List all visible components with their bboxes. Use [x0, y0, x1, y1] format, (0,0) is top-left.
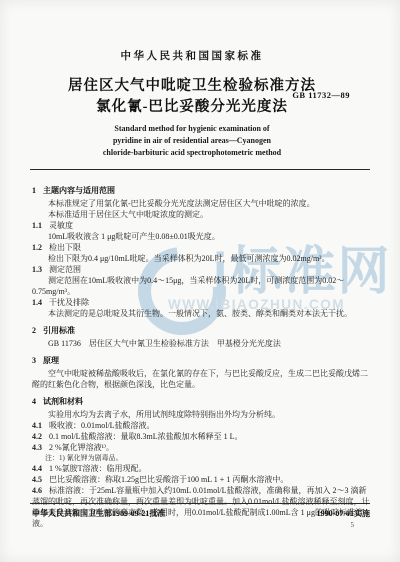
clause-text: 测定范围 [49, 265, 81, 274]
standard-number: GB 11732—89 [292, 90, 350, 100]
implementation-text: 1990-07-01实施 [317, 508, 370, 519]
clause-line: 1.4干扰及排除 [32, 297, 372, 308]
clause-text: 干扰及排除 [49, 298, 89, 307]
clause-text: 测定范围在10mL吸收液中为0.4～15μg，当采样体积为20L时，可测浓度范围… [32, 276, 344, 296]
clause-number: 2 [32, 326, 36, 335]
clause-text: 1 %氯胺T溶液：临用现配。 [49, 464, 147, 473]
clause-text: 10mL吸收液含 1 μg吡啶可产生0.08±0.01吸光度。 [48, 232, 220, 241]
title-chinese-line2: 氯化氰-巴比妥酸分光光度法 [16, 97, 368, 118]
document-footer: 中华人民共和国卫生部1989-09-21批准 1990-07-01实施 [32, 508, 370, 519]
clause-text: 检出下限 [49, 243, 81, 252]
section-heading: 2引用标准 [32, 325, 372, 336]
clause-number: 1.2 [32, 243, 42, 252]
clause-text: 实验用水均为去离子水，所用试剂纯度除特别指出外均为分析纯。 [48, 410, 280, 419]
section-heading: 3原理 [32, 355, 372, 366]
page-number: 5 [351, 521, 355, 529]
clause-text: 注：1) 氰化钾为剧毒品。 [45, 454, 123, 462]
paragraph: 空气中吡啶被稀盐酸吸收后，在氯化氰的存在下，与巴比妥酸反应，生成二巴比妥酸戊烯二… [32, 368, 372, 390]
clause-text: 本法测定的是总吡啶及其衍生物。一般情况下，氨、胺类、醇类和酮类对本法无干扰。 [48, 309, 352, 318]
paragraph: 测定范围在10mL吸收液中为0.4～15μg，当采样体积为20L时，可测浓度范围… [32, 275, 372, 297]
clause-line: 4.5巴比妥酸溶液：称取1.25g巴比妥酸溶于100 mL 1 + 1 丙酮水溶… [32, 474, 372, 485]
clause-number: 1.1 [32, 221, 42, 230]
clause-text: 2 %氰化钾溶液¹⁾。 [49, 443, 114, 452]
clause-line: 1.2检出下限 [32, 242, 372, 253]
clause-text: 本标准规定了用氯化氰-巴比妥酸分光光度法测定居住区大气中吡啶的浓度。 [48, 199, 315, 208]
clause-line: 4.32 %氰化钾溶液¹⁾。 [32, 442, 372, 453]
paragraph: 10mL吸收液含 1 μg吡啶可产生0.08±0.01吸光度。 [32, 231, 372, 242]
section-heading: 4试剂和材料 [32, 396, 372, 407]
document-page: 中华人民共和国国家标准 居住区大气中吡啶卫生检验标准方法 氯化氰-巴比妥酸分光光… [0, 0, 400, 562]
clause-text: 巴比妥酸溶液：称取1.25g巴比妥酸溶于100 mL 1 + 1 丙酮水溶液中。 [49, 475, 288, 484]
clause-line: 1.1灵敏度 [32, 220, 372, 231]
clause-text: 0.1 mol/L盐酸溶液：量取8.3mL浓盐酸加水稀释至 1 L。 [49, 432, 243, 441]
clause-line: 4.41 %氯胺T溶液：临用现配。 [32, 463, 372, 474]
approval-text: 中华人民共和国卫生部1989-09-21批准 [32, 508, 165, 519]
title-english-line3: chloride-barbituric acid spectrophotomet… [16, 147, 368, 159]
footnote: 注：1) 氰化钾为剧毒品。 [32, 453, 372, 463]
horizontal-rule-bottom [30, 503, 370, 504]
title-english-line2: pyridine in air of residential areas—Cya… [16, 135, 368, 147]
document-body: 1主题内容与适用范围本标准规定了用氯化氰-巴比妥酸分光光度法测定居住区大气中吡啶… [32, 179, 372, 529]
clause-line: 4.1吸收液：0.01mol/L盐酸溶液。 [32, 420, 372, 431]
paragraph: 本标准规定了用氯化氰-巴比妥酸分光光度法测定居住区大气中吡啶的浓度。 [32, 198, 372, 209]
clause-number: 4 [32, 397, 36, 406]
section-heading: 1主题内容与适用范围 [32, 185, 372, 196]
clause-line: 4.20.1 mol/L盐酸溶液：量取8.3mL浓盐酸加水稀释至 1 L。 [32, 431, 372, 442]
clause-number: 4.3 [32, 443, 42, 452]
clause-text: 引用标准 [43, 326, 75, 335]
clause-text: 本标准适用于居住区大气中吡啶浓度的测定。 [48, 210, 208, 219]
standard-header: 中华人民共和国国家标准 [0, 48, 384, 63]
title-english: Standard method for hygienic examination… [16, 123, 368, 159]
horizontal-rule-top [30, 169, 370, 170]
clause-text: 原理 [43, 356, 59, 365]
clause-text: 空气中吡啶被稀盐酸吸收后，在氯化氰的存在下，与巴比妥酸反应，生成二巴比妥酸戊烯二… [32, 369, 368, 389]
clause-text: 检出下限为0.4 μg/10mL吡啶。当采样体积为20L时，最低可测浓度为0.0… [48, 254, 330, 263]
clause-number: 1.3 [32, 265, 42, 274]
clause-number: 3 [32, 356, 36, 365]
clause-text: 主题内容与适用范围 [43, 186, 115, 195]
clause-number: 4.5 [32, 475, 42, 484]
clause-text: GB 11736 居住区大气中氰卫生检验标准方法 甲基橙分光光度法 [48, 339, 281, 348]
clause-number: 4.6 [32, 486, 42, 495]
clause-text: 标准溶液：于25mL容量瓶中加入约10mL 0.01mol/L盐酸溶液，准确称量… [32, 486, 370, 528]
clause-text: 试剂和材料 [43, 397, 83, 406]
clause-text: 灵敏度 [49, 221, 73, 230]
clause-line: 1.3测定范围 [32, 264, 372, 275]
clause-line: 4.6标准溶液：于25mL容量瓶中加入约10mL 0.01mol/L盐酸溶液，准… [32, 485, 372, 529]
paragraph: GB 11736 居住区大气中氰卫生检验标准方法 甲基橙分光光度法 [32, 338, 372, 349]
paragraph: 本法测定的是总吡啶及其衍生物。一般情况下，氨、胺类、醇类和酮类对本法无干扰。 [32, 308, 372, 319]
clause-number: 1 [32, 186, 36, 195]
paragraph: 检出下限为0.4 μg/10mL吡啶。当采样体积为20L时，最低可测浓度为0.0… [32, 253, 372, 264]
clause-number: 1.4 [32, 298, 42, 307]
clause-number: 4.1 [32, 421, 42, 430]
clause-text: 吸收液：0.01mol/L盐酸溶液。 [49, 421, 155, 430]
paragraph: 实验用水均为去离子水，所用试剂纯度除特别指出外均为分析纯。 [32, 409, 372, 420]
paragraph: 本标准适用于居住区大气中吡啶浓度的测定。 [32, 209, 372, 220]
clause-number: 4.2 [32, 432, 42, 441]
clause-number: 4.4 [32, 464, 42, 473]
title-english-line1: Standard method for hygienic examination… [16, 123, 368, 135]
